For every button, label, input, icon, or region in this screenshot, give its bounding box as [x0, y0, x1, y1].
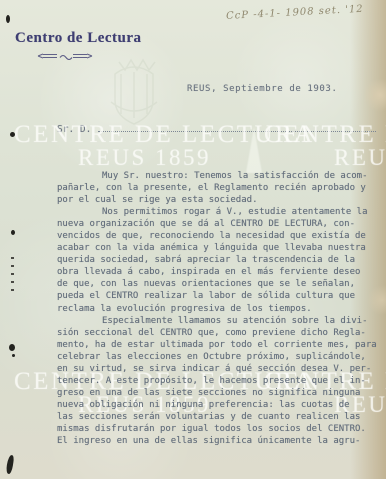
ink-mark	[6, 15, 10, 23]
letter-line: de que, con las nuevas orientaciones que…	[57, 278, 379, 290]
watermark-reus-repeat: REUS	[334, 145, 386, 171]
letter-line: celebrar las elecciones en Octubre próxi…	[57, 351, 379, 363]
watermark-reus-1859: REUS 1859	[78, 145, 211, 171]
ink-mark-column	[11, 257, 14, 295]
letter-body: Muy Sr. nuestro: Tenemos la satisfacción…	[57, 170, 379, 447]
letter-line: El ingreso en una de ellas significa úni…	[57, 435, 379, 447]
scanned-letter-page: CcP -4-1- 1908 set. '12 Centro de Lectur…	[0, 0, 386, 479]
letter-line: acabar con la vida anémica y lánguida qu…	[57, 242, 379, 254]
ink-mark	[9, 344, 15, 351]
letter-line: reclama la evolución progresiva de los t…	[57, 303, 379, 315]
letter-line: sión seccional del CENTRO que, como prev…	[57, 327, 379, 339]
ink-mark-bottom	[6, 455, 15, 475]
letter-line: tenecer. A este propósito, le hacemos pr…	[57, 375, 379, 387]
ink-mark	[12, 354, 15, 357]
letter-line: por el cual se rige ya esta sociedad.	[57, 194, 379, 206]
letter-line: nueva organización que se dá al CENTRO D…	[57, 218, 379, 230]
ink-mark	[11, 230, 15, 235]
letter-line: pueda el CENTRO realizar la labor de sól…	[57, 290, 379, 302]
letter-line: mismas disfrutarán por igual todos los s…	[57, 423, 379, 435]
letter-line: obra llevada á cabo, inspirada en el más…	[57, 266, 379, 278]
letter-line: pañarle, con la presente, el Reglamento …	[57, 182, 379, 194]
letter-line: querida sociedad, sabrá apreciar la tras…	[57, 254, 379, 266]
letter-line: las secciones serán voluntarias y de cua…	[57, 411, 379, 423]
letter-line: greso en una de las siete secciones no s…	[57, 387, 379, 399]
embossed-crest-watermark	[95, 50, 173, 130]
letter-line: nueva obligación ni ninguna preferencia:…	[57, 399, 379, 411]
letter-line: en su virtud, se sirva indicar á qué sec…	[57, 363, 379, 375]
letter-line: vencidos de que, reconociendo la necesid…	[57, 230, 379, 242]
letter-line: Especialmente llamamos su atención sobre…	[57, 315, 379, 327]
letterhead-title: Centro de Lectura	[15, 30, 142, 47]
letterhead-flourish-ornament	[37, 51, 93, 61]
letterhead: Centro de Lectura	[15, 30, 142, 61]
letter-line: Muy Sr. nuestro: Tenemos la satisfacción…	[57, 170, 379, 182]
dateline: REUS, Septiembre de 1903.	[187, 84, 337, 94]
ink-mark	[10, 132, 15, 137]
watermark-spire	[246, 127, 262, 173]
letter-line: Nos permitimos rogar á V., estudie atent…	[57, 206, 379, 218]
letter-line: mento, ha de estar ultimada por todo el …	[57, 339, 379, 351]
